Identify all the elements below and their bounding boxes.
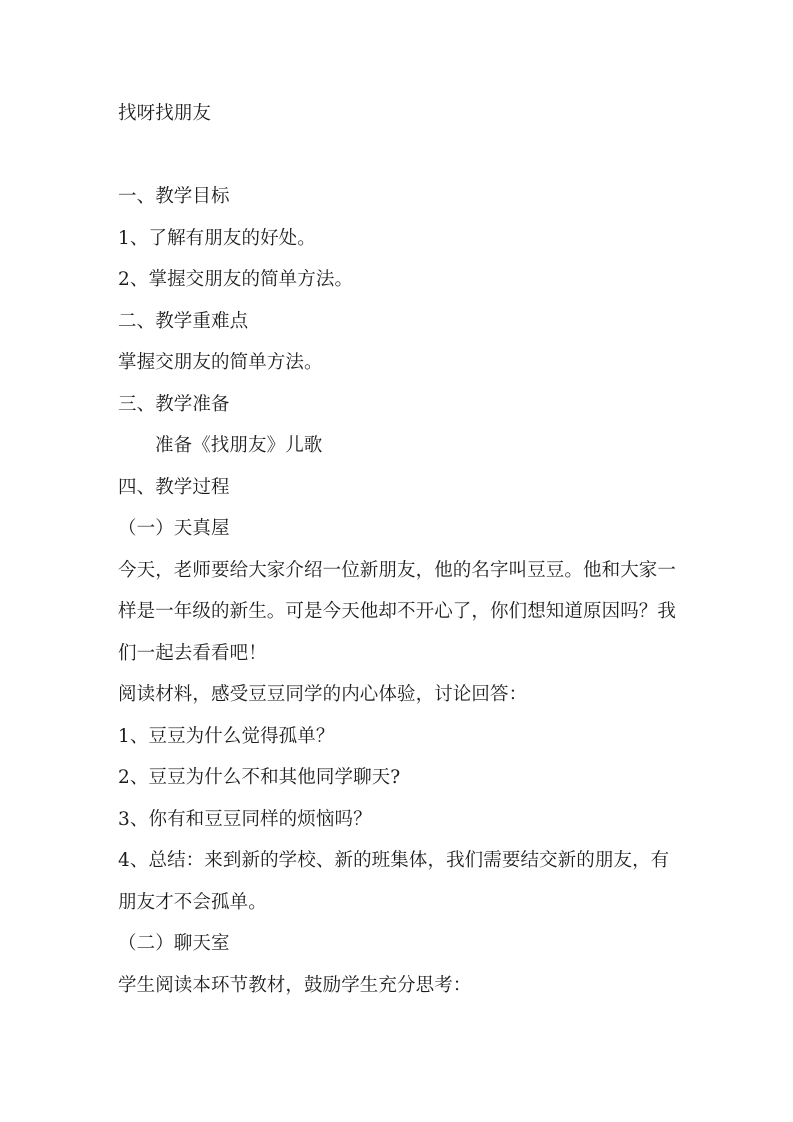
text-line: 4、总结：来到新的学校、新的班集体，我们需要结交新的朋友，有: [118, 840, 680, 882]
text-line: 今天，老师要给大家介绍一位新朋友，他的名字叫豆豆。他和大家一: [118, 550, 680, 592]
blank-line: [118, 135, 680, 177]
section-heading-line: 四、教学过程: [118, 467, 680, 509]
text-line: 2、掌握交朋友的简单方法。: [118, 259, 680, 301]
text-line: 3、你有和豆豆同样的烦恼吗？: [118, 799, 680, 841]
document-page: 找呀找朋友一、教学目标1、了解有朋友的好处。2、掌握交朋友的简单方法。二、教学重…: [0, 0, 793, 1122]
document-content: 找呀找朋友一、教学目标1、了解有朋友的好处。2、掌握交朋友的简单方法。二、教学重…: [118, 93, 680, 1006]
section-heading-line: 二、教学重难点: [118, 301, 680, 343]
text-line: 1、豆豆为什么觉得孤单？: [118, 716, 680, 758]
text-line: 朋友才不会孤单。: [118, 882, 680, 924]
text-line: 们一起去看看吧！: [118, 633, 680, 675]
text-line: 样是一年级的新生。可是今天他却不开心了，你们想知道原因吗？我: [118, 591, 680, 633]
text-line: 1、了解有朋友的好处。: [118, 218, 680, 260]
text-line: 2、豆豆为什么不和其他同学聊天?: [118, 757, 680, 799]
text-line: 阅读材料，感受豆豆同学的内心体验，讨论回答：: [118, 674, 680, 716]
subsection-heading-line: （二）聊天室: [118, 923, 680, 965]
text-line: 掌握交朋友的简单方法。: [118, 342, 680, 384]
section-heading-line: 三、教学准备: [118, 384, 680, 426]
text-line: 学生阅读本环节教材，鼓励学生充分思考：: [118, 965, 680, 1007]
section-heading-line: 一、教学目标: [118, 176, 680, 218]
subsection-heading-line: （一）天真屋: [118, 508, 680, 550]
text-line: 准备《找朋友》儿歌: [118, 425, 680, 467]
document-title: 找呀找朋友: [118, 93, 680, 135]
